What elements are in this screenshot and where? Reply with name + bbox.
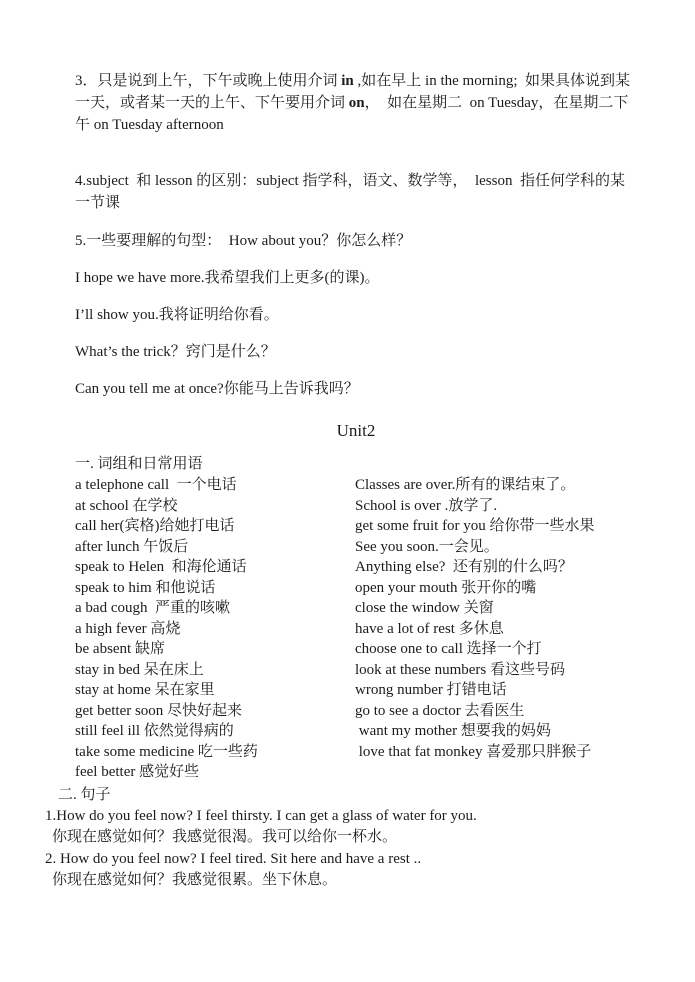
phrase-row: stay at home 呆在家里wrong number 打错电话: [75, 680, 637, 701]
phrase-left: after lunch 午饭后: [75, 537, 355, 558]
phrase-right: look at these numbers 看这些号码: [355, 660, 637, 681]
phrase-list: a telephone call 一个电话Classes are over.所有…: [75, 475, 637, 783]
phrase-right: wrong number 打错电话: [355, 680, 637, 701]
sentence-item: 2. How do you feel now? I feel tired. Si…: [45, 849, 637, 892]
sentences-section-heading: 二. 句子: [45, 785, 637, 806]
sentence-whats-the-trick: What’s the trick？窍门是什么？: [75, 341, 637, 363]
phrase-row: speak to Helen 和海伦通话Anything else? 还有别的什…: [75, 557, 637, 578]
phrases-section-heading: 一. 词组和日常用语: [75, 454, 637, 475]
phrase-right: go to see a doctor 去看医生: [355, 701, 637, 722]
sentence-tell-me-at-once: Can you tell me at once?你能马上告诉我吗？: [75, 378, 637, 400]
phrase-row: get better soon 尽快好起来go to see a doctor …: [75, 701, 637, 722]
phrase-right: Classes are over.所有的课结束了。: [355, 475, 637, 496]
phrase-left: be absent 缺席: [75, 639, 355, 660]
sentence-i-hope: I hope we have more.我希望我们上更多(的课)。: [75, 267, 637, 289]
document-content: 3．只是说到上午，下午或晚上使用介词 in ,如在早上 in the morni…: [0, 0, 695, 892]
phrase-right: have a lot of rest 多休息: [355, 619, 637, 640]
phrase-right: want my mother 想要我的妈妈: [355, 721, 637, 742]
phrase-row: after lunch 午饭后See you soon.一会见。: [75, 537, 637, 558]
phrase-right: open your mouth 张开你的嘴: [355, 578, 637, 599]
phrase-row: take some medicine 吃一些药 love that fat mo…: [75, 742, 637, 763]
sentence-item: 1.How do you feel now? I feel thirsty. I…: [45, 806, 637, 849]
phrase-row: at school 在学校School is over .放学了.: [75, 496, 637, 517]
phrase-right: [355, 762, 637, 783]
phrase-left: feel better 感觉好些: [75, 762, 355, 783]
phrase-left: still feel ill 依然觉得病的: [75, 721, 355, 742]
paragraph-prepositions: 3．只是说到上午，下午或晚上使用介词 in ,如在早上 in the morni…: [75, 70, 637, 136]
phrase-right: See you soon.一会见。: [355, 537, 637, 558]
sentence-ill-show-you: I’ll show you.我将证明给你看。: [75, 304, 637, 326]
phrase-right: choose one to call 选择一个打: [355, 639, 637, 660]
document-page: 3．只是说到上午，下午或晚上使用介词 in ,如在早上 in the morni…: [0, 0, 695, 982]
bold-word-on: on: [349, 95, 365, 111]
phrase-left: speak to him 和他说话: [75, 578, 355, 599]
phrase-right: get some fruit for you 给你带一些水果: [355, 516, 637, 537]
phrase-row: stay in bed 呆在床上look at these numbers 看这…: [75, 660, 637, 681]
phrase-left: speak to Helen 和海伦通话: [75, 557, 355, 578]
phrase-left: get better soon 尽快好起来: [75, 701, 355, 722]
phrase-left: call her(宾格)给她打电话: [75, 516, 355, 537]
sentence-chinese: 你现在感觉如何？我感觉很渴。我可以给你一杯水。: [45, 827, 637, 849]
phrase-left: take some medicine 吃一些药: [75, 742, 355, 763]
phrase-right: Anything else? 还有别的什么吗？: [355, 557, 637, 578]
paragraph-sentence-patterns: 5.一些要理解的句型： How about you？你怎么样？: [75, 230, 637, 252]
sentences-section: 二. 句子 1.How do you feel now? I feel thir…: [45, 785, 637, 892]
phrase-row: speak to him 和他说话open your mouth 张开你的嘴: [75, 578, 637, 599]
phrase-row: a high fever 高烧have a lot of rest 多休息: [75, 619, 637, 640]
sentence-english: 2. How do you feel now? I feel tired. Si…: [45, 849, 637, 871]
phrase-row: feel better 感觉好些: [75, 762, 637, 783]
phrase-left: at school 在学校: [75, 496, 355, 517]
unit2-title: Unit2: [75, 418, 637, 444]
phrase-left: a telephone call 一个电话: [75, 475, 355, 496]
sentence-english: 1.How do you feel now? I feel thirsty. I…: [45, 806, 637, 828]
phrase-row: be absent 缺席choose one to call 选择一个打: [75, 639, 637, 660]
paragraph-subject-lesson: 4.subject 和 lesson 的区别：subject 指学科，语文、数学…: [75, 170, 637, 214]
paragraph-prepositions-text-1: 3．只是说到上午，下午或晚上使用介词: [75, 73, 341, 89]
sentence-chinese: 你现在感觉如何？我感觉很累。坐下休息。: [45, 870, 637, 892]
phrase-row: a telephone call 一个电话Classes are over.所有…: [75, 475, 637, 496]
phrase-row: still feel ill 依然觉得病的 want my mother 想要我…: [75, 721, 637, 742]
phrase-right: School is over .放学了.: [355, 496, 637, 517]
phrase-left: a bad cough 严重的咳嗽: [75, 598, 355, 619]
bold-word-in: in: [341, 73, 354, 89]
phrase-right: close the window 关窗: [355, 598, 637, 619]
phrase-left: a high fever 高烧: [75, 619, 355, 640]
phrase-row: call her(宾格)给她打电话get some fruit for you …: [75, 516, 637, 537]
phrase-left: stay in bed 呆在床上: [75, 660, 355, 681]
phrase-left: stay at home 呆在家里: [75, 680, 355, 701]
phrase-right: love that fat monkey 喜爱那只胖猴子: [355, 742, 637, 763]
phrase-row: a bad cough 严重的咳嗽close the window 关窗: [75, 598, 637, 619]
